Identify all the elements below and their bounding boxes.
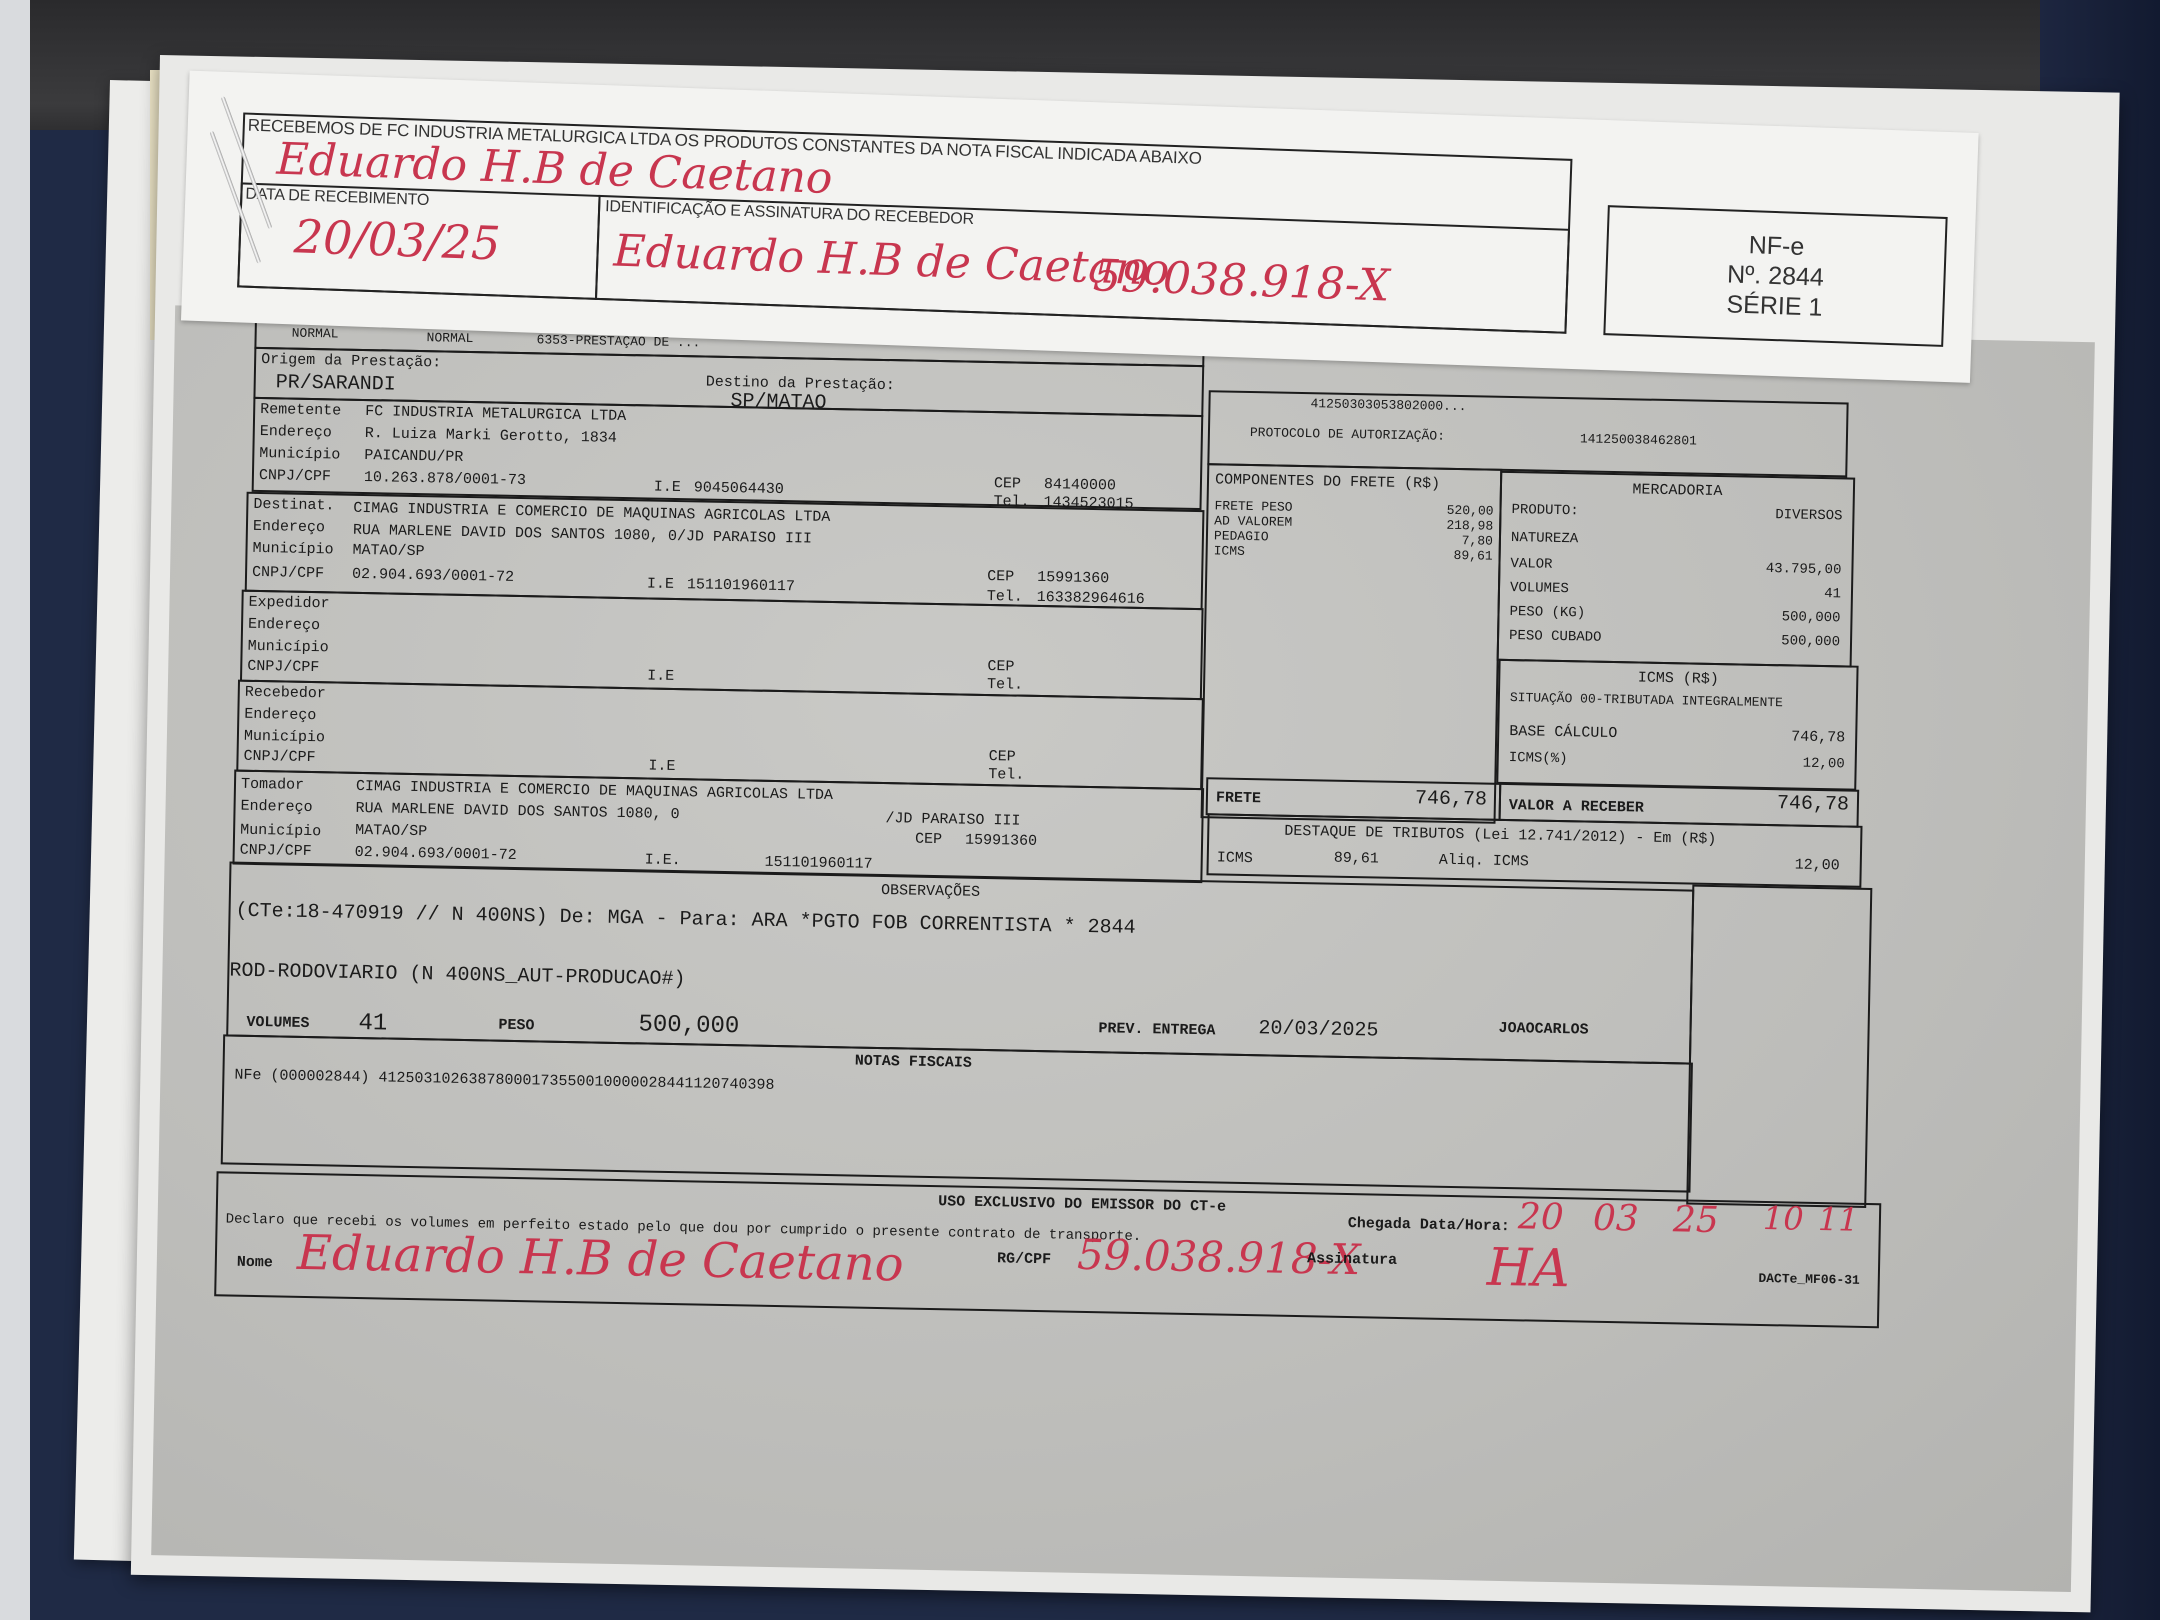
valor-receber-value: 746,78 (1777, 792, 1849, 816)
destinatario-label: Destinat. (253, 496, 334, 515)
chegada-ano: 25 (1673, 1199, 1720, 1241)
mercadoria-row: NATUREZA (1511, 530, 1842, 552)
tomador-municipio-label: Município (240, 822, 321, 841)
destinatario-tel-label: Tel. (987, 588, 1023, 606)
mercadoria-row: VOLUMES41 (1510, 580, 1841, 602)
mercadoria-row: VALOR43.795,00 (1510, 556, 1841, 578)
remetente-box: Remetente FC INDUSTRIA METALURGICA LTDA … (252, 397, 1204, 510)
tomador-label: Tomador (241, 776, 304, 794)
icms-title: ICMS (R$) (1510, 667, 1846, 690)
handwritten-assinatura: HA (1486, 1238, 1570, 1300)
recebedor-endereco-label: Endereço (244, 706, 316, 724)
mercadoria-row: PRODUTO:DIVERSOS (1511, 502, 1842, 524)
remetente-cnpj-label: CNPJ/CPF (259, 467, 331, 485)
assinatura-label: Assinatura (1307, 1250, 1397, 1269)
remetente-endereco: R. Luiza Marki Gerotto, 1834 (365, 425, 617, 447)
recebedor-ie-label: I.E (648, 758, 675, 776)
tributos-aliq-value: 12,00 (1795, 857, 1840, 875)
tipo-cte: NORMAL (292, 326, 339, 342)
expedidor-cnpj-label: CNPJ/CPF (247, 658, 319, 676)
mercadoria-row: PESO (KG)500,000 (1509, 604, 1840, 626)
observacoes-title: OBSERVAÇÕES (881, 882, 980, 901)
origem-value: PR/SARANDI (276, 371, 396, 396)
remetente-endereco-label: Endereço (260, 423, 332, 441)
icms-aliq-row: ICMS(%)12,00 (1509, 750, 1845, 772)
remetente-label: Remetente (260, 401, 341, 420)
recebedor-tel-label: Tel. (988, 766, 1024, 784)
nfe-title: NF-e (1748, 230, 1805, 262)
mercadoria-box: MERCADORIA PRODUTO:DIVERSOS NATUREZA VAL… (1497, 471, 1856, 668)
remetente-cep-label: CEP (994, 475, 1021, 493)
tomador-endereco-label: Endereço (240, 798, 312, 816)
destinatario-municipio-label: Município (252, 540, 333, 559)
handwritten-receipt-date: 20/03/25 (293, 209, 501, 270)
uso-exclusivo-title: USO EXCLUSIVO DO EMISSOR DO CT-e (938, 1193, 1226, 1216)
tributos-icms-value: 89,61 (1334, 850, 1379, 868)
form-code: DACTe_MF06-31 (1758, 1271, 1860, 1288)
remetente-cep: 84140000 (1044, 476, 1116, 494)
tomador-cep-label: CEP (915, 831, 942, 849)
tipo-servico: NORMAL (426, 330, 473, 346)
operador-name: JOAOCARLOS (1498, 1020, 1588, 1039)
nfe-number-box: NF-e Nº. 2844 SÉRIE 1 (1603, 205, 1947, 347)
tomador-ie-label: I.E. (644, 851, 680, 869)
chegada-min: 11 (1818, 1200, 1859, 1239)
expedidor-endereco-label: Endereço (248, 616, 320, 634)
remetente-ie-label: I.E (654, 479, 681, 497)
destinatario-cep: 15991360 (1037, 569, 1109, 587)
tomador-name: CIMAG INDUSTRIA E COMERCIO DE MAQUINAS A… (356, 778, 833, 804)
observacoes-volumes-value: 41 (358, 1010, 387, 1038)
tomador-municipio: MATAO/SP (355, 822, 427, 840)
expedidor-cep-label: CEP (987, 658, 1014, 676)
recebedor-label: Recebedor (245, 684, 326, 703)
destinatario-cep-label: CEP (987, 568, 1014, 586)
observacoes-peso-label: PESO (498, 1017, 534, 1035)
mercadoria-row: PESO CUBADO500,000 (1509, 628, 1840, 650)
dacte-document: RECEBEMOS DE FC INDUSTRIA METALURGICA LT… (131, 55, 2120, 1612)
recebedor-cep-label: CEP (989, 748, 1016, 766)
destinatario-endereco-label: Endereço (253, 518, 325, 536)
tomador-ie: 151101960117 (764, 854, 872, 873)
remetente-municipio-label: Município (259, 445, 340, 464)
remetente-name: FC INDUSTRIA METALURGICA LTDA (365, 403, 626, 425)
tributos-aliq-label: Aliq. ICMS (1439, 852, 1529, 871)
nome-label: Nome (237, 1254, 273, 1272)
tomador-bairro: /JD PARAISO III (885, 810, 1020, 830)
recebedor-municipio-label: Município (244, 728, 325, 747)
protocolo-value: 141250038462801 (1580, 431, 1697, 448)
notas-fiscais-box: NOTAS FISCAIS NFe (000002844) 4125031026… (221, 1034, 1693, 1192)
observacoes-volumes-label: VOLUMES (246, 1014, 309, 1032)
destinatario-cnpj-label: CNPJ/CPF (252, 564, 324, 582)
expedidor-tel-label: Tel. (987, 676, 1023, 694)
nfe-serie: SÉRIE 1 (1726, 289, 1823, 322)
recebedor-cnpj-label: CNPJ/CPF (243, 748, 315, 766)
tomador-cep: 15991360 (965, 832, 1037, 850)
frete-total-label: FRETE (1216, 789, 1261, 807)
observacoes-peso-value: 500,000 (638, 1011, 739, 1040)
componentes-frete-box: COMPONENTES DO FRETE (R$) FRETE PESO520,… (1201, 463, 1503, 824)
remetente-municipio: PAICANDU/PR (364, 447, 463, 466)
chegada-mes: 03 (1593, 1198, 1640, 1240)
destinatario-cnpj: 02.904.693/0001-72 (352, 566, 514, 586)
right-blank-box (1686, 885, 1872, 1208)
dacte-form: NORMAL NORMAL 6353-PRESTAÇÃO DE ... Orig… (234, 317, 1995, 1440)
tomador-cnpj: 02.904.693/0001-72 (355, 844, 517, 864)
destinatario-ie-label: I.E (647, 575, 674, 593)
origem-label: Origem da Prestação: (261, 351, 441, 371)
tomador-endereco: RUA MARLENE DAVID DOS SANTOS 1080, 0 (355, 800, 679, 823)
observacoes-line-1: (CTe:18-470919 // N 400NS) De: MGA - Par… (235, 900, 1135, 940)
observacoes-line-2: ROD-RODOVIARIO (N 400NS_AUT-PRODUCAO#) (229, 960, 685, 992)
destaque-tributos-box: DESTAQUE DE TRIBUTOS (Lei 12.741/2012) -… (1206, 813, 1862, 888)
destinatario-ie: 151101960117 (687, 576, 795, 595)
destinatario-municipio: MATAO/SP (352, 542, 424, 560)
handwritten-receiver-rg: 59.038.918-X (1092, 250, 1390, 311)
nfe-number: Nº. 2844 (1727, 259, 1825, 292)
tributos-icms-label: ICMS (1217, 849, 1253, 867)
rg-label: RG/CPF (997, 1250, 1051, 1268)
icms-box: ICMS (R$) SITUAÇÃO 00-TRIBUTADA INTEGRAL… (1496, 659, 1858, 791)
expedidor-label: Expedidor (248, 594, 329, 613)
protocolo-label: PROTOCOLO DE AUTORIZAÇÃO: (1250, 425, 1445, 444)
desk-background-left (0, 0, 30, 1620)
mercadoria-title: MERCADORIA (1512, 479, 1843, 502)
chave-acesso-partial: 41250303053802000... (1310, 396, 1466, 414)
prev-entrega-label: PREV. ENTREGA (1098, 1020, 1215, 1039)
expedidor-ie-label: I.E (647, 667, 674, 685)
valor-receber-label: VALOR A RECEBER (1509, 797, 1644, 817)
tributos-title: DESTAQUE DE TRIBUTOS (Lei 12.741/2012) -… (1284, 823, 1716, 848)
uso-exclusivo-box: USO EXCLUSIVO DO EMISSOR DO CT-e Declaro… (214, 1171, 1881, 1328)
prev-entrega-value: 20/03/2025 (1258, 1017, 1378, 1042)
observacoes-box: OBSERVAÇÕES (CTe:18-470919 // N 400NS) D… (226, 861, 1694, 1064)
remetente-cnpj: 10.263.878/0001-73 (364, 469, 526, 489)
frete-total-value: 746,78 (1415, 787, 1487, 811)
chegada-label: Chegada Data/Hora: (1348, 1215, 1510, 1235)
remetente-ie: 9045064430 (694, 479, 784, 498)
destinatario-name: CIMAG INDUSTRIA E COMERCIO DE MAQUINAS A… (353, 500, 830, 526)
nfe-key-item: NFe (000002844) 412503102638780001735500… (234, 1067, 774, 1094)
notas-fiscais-title: NOTAS FISCAIS (855, 1053, 972, 1072)
tomador-cnpj-label: CNPJ/CPF (240, 842, 312, 860)
icms-base-row: BASE CÁLCULO746,78 (1509, 723, 1845, 746)
componentes-title: COMPONENTES DO FRETE (R$) (1215, 471, 1494, 493)
chegada-dia: 20 (1518, 1196, 1565, 1238)
chegada-hora: 10 (1763, 1199, 1804, 1238)
expedidor-municipio-label: Município (248, 638, 329, 657)
handwritten-nome: Eduardo H.B de Caetano (296, 1225, 904, 1293)
icms-situacao: SITUAÇÃO 00-TRIBUTADA INTEGRALMENTE (1510, 690, 1846, 711)
